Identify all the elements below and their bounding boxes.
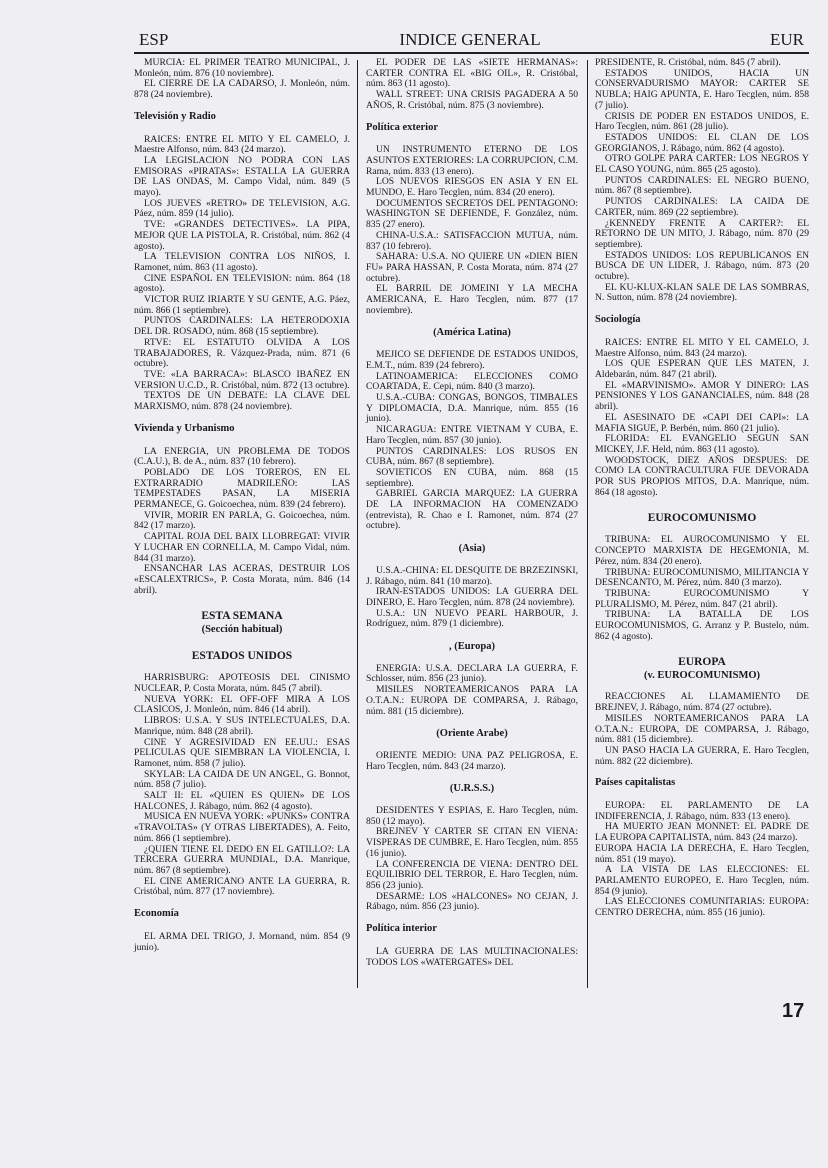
index-entry: ESTADOS UNIDOS: EL CLAN DE LOS GEORGIANO… bbox=[595, 133, 809, 154]
index-entry: EL CIERRE DE LA CADARSO, J. Monleón, núm… bbox=[134, 79, 350, 100]
major-heading: ESTA SEMANA(Sección habitual) bbox=[134, 610, 350, 636]
index-entry: LA GUERRA DE LAS MULTINACIONALES: TODOS … bbox=[366, 947, 578, 968]
index-entry: EL ARMA DEL TRIGO, J. Mornand, núm. 854 … bbox=[134, 932, 350, 953]
index-entry: NICARAGUA: ENTRE VIETNAM Y CUBA, E. Haro… bbox=[366, 425, 578, 446]
index-entry: HA MUERTO JEAN MONNET: EL PADRE DE LA EU… bbox=[595, 822, 809, 843]
page-number: 17 bbox=[782, 1000, 804, 1023]
major-heading-subtitle: (v. EUROCOMUNISMO) bbox=[595, 669, 809, 682]
index-entry: ENSANCHAR LAS ACERAS, DESTRUIR LOS «ESCA… bbox=[134, 564, 350, 596]
index-entry: LA TELEVISION CONTRA LOS NIÑOS, I. Ramon… bbox=[134, 252, 350, 273]
index-entry: BREJNEV Y CARTER SE CITAN EN VIENA: VISP… bbox=[366, 827, 578, 859]
index-column-3: PRESIDENTE, R. Cristóbal, núm. 845 (7 ab… bbox=[595, 58, 809, 919]
index-entry: MISILES NORTEAMERICANOS PARA LA O.T.A.N.… bbox=[366, 685, 578, 717]
major-heading: ESTADOS UNIDOS bbox=[134, 650, 350, 663]
header-right: EUR bbox=[770, 30, 804, 50]
column-divider bbox=[357, 60, 358, 988]
index-entry: MUSICA EN NUEVA YORK: «PUNKS» CONTRA «TR… bbox=[134, 812, 350, 844]
index-entry: CAPITAL ROJA DEL BAIX LLOBREGAT: VIVIR Y… bbox=[134, 532, 350, 564]
entry-list: PRESIDENTE, R. Cristóbal, núm. 845 (7 ab… bbox=[595, 58, 809, 304]
index-entry: EL BARRIL DE JOMEINI Y LA MECHA AMERICAN… bbox=[366, 284, 578, 316]
header-left: ESP bbox=[139, 30, 168, 50]
major-heading-title: ESTA SEMANA bbox=[201, 610, 282, 622]
index-entry: EL CINE AMERICANO ANTE LA GUERRA, R. Cri… bbox=[134, 877, 350, 898]
index-entry: LOS NUEVOS RIESGOS EN ASIA Y EN EL MUNDO… bbox=[366, 177, 578, 198]
index-entry: CRISIS DE PODER EN ESTADOS UNIDOS, E. Ha… bbox=[595, 112, 809, 133]
section-heading: Política exterior bbox=[366, 123, 578, 134]
entry-list: HARRISBURG: APOTEOSIS DEL CINISMO NUCLEA… bbox=[134, 673, 350, 898]
index-entry: U.S.A.: UN NUEVO PEARL HARBOUR, J. Rodrí… bbox=[366, 609, 578, 630]
index-entry: EUROPA: EL PARLAMENTO DE LA INDIFERENCIA… bbox=[595, 801, 809, 822]
index-entry: GABRIEL GARCIA MARQUEZ: LA GUERRA DE LA … bbox=[366, 489, 578, 532]
major-heading-title: ESTADOS UNIDOS bbox=[192, 650, 292, 662]
index-entry: SKYLAB: LA CAIDA DE UN ANGEL, G. Bonnot,… bbox=[134, 770, 350, 791]
index-column-2: EL PODER DE LAS «SIETE HERMANAS»: CARTER… bbox=[366, 58, 578, 968]
entry-list: RAICES: ENTRE EL MITO Y EL CAMELO, J. Ma… bbox=[595, 338, 809, 499]
index-entry: NUEVA YORK: EL OFF-OFF MIRA A LOS CLASIC… bbox=[134, 695, 350, 716]
index-entry: U.S.A.-CUBA: CONGAS, BONGOS, TIMBALES Y … bbox=[366, 393, 578, 425]
index-entry: PUNTOS CARDINALES: LOS RUSOS EN CUBA, nú… bbox=[366, 447, 578, 468]
index-entry: ¿QUIEN TIENE EL DEDO EN EL GATILLO?: LA … bbox=[134, 845, 350, 877]
index-entry: LA LEGISLACION NO PODRA CON LAS EMISORAS… bbox=[134, 156, 350, 199]
index-entry: CINE Y AGRESIVIDAD EN EE.UU.: ESAS PELIC… bbox=[134, 738, 350, 770]
index-entry: TVE: «GRANDES DETECTIVES». LA PIPA, MEJO… bbox=[134, 220, 350, 252]
entry-list: EL ARMA DEL TRIGO, J. Mornand, núm. 854 … bbox=[134, 932, 350, 953]
index-entry: POBLADO DE LOS TOREROS, EN EL EXTRARRADI… bbox=[134, 468, 350, 511]
index-entry: DESIDENTES Y ESPIAS, E. Haro Tecglen, nú… bbox=[366, 806, 578, 827]
index-entry: PUNTOS CARDINALES: EL NEGRO BUENO, núm. … bbox=[595, 176, 809, 197]
entry-list: EL PODER DE LAS «SIETE HERMANAS»: CARTER… bbox=[366, 58, 578, 112]
index-entry: EL «MARVINISMO». AMOR Y DINERO: LAS PENS… bbox=[595, 381, 809, 413]
index-entry: WOODSTOCK, DIEZ AÑOS DESPUES: DE COMO LA… bbox=[595, 456, 809, 499]
subsection-heading: (Asia) bbox=[366, 544, 578, 555]
index-entry: A LA VISTA DE LAS ELECCIONES: EL PARLAME… bbox=[595, 865, 809, 897]
index-entry: REACCIONES AL LLAMAMIENTO DE BREJNEV, J.… bbox=[595, 692, 809, 713]
index-entry: LA CONFERENCIA DE VIENA: DENTRO DEL EQUI… bbox=[366, 860, 578, 892]
index-entry: VICTOR RUIZ IRIARTE Y SU GENTE, A.G. Páe… bbox=[134, 295, 350, 316]
index-entry: TRIBUNA: EUROCOMUNISMO Y PLURALISMO, M. … bbox=[595, 589, 809, 610]
page-title: INDICE GENERAL bbox=[360, 30, 580, 50]
entry-list: ORIENTE MEDIO: UNA PAZ PELIGROSA, E. Har… bbox=[366, 751, 578, 772]
section-heading: Economía bbox=[134, 909, 350, 920]
index-entry: LOS QUE ESPERAN QUE LES MATEN, J. Aldeba… bbox=[595, 359, 809, 380]
subsection-heading: (U.R.S.S.) bbox=[366, 784, 578, 795]
index-entry: TRIBUNA: LA BATALLA DE LOS EUROCOMUNISMO… bbox=[595, 610, 809, 642]
entry-list: UN INSTRUMENTO ETERNO DE LOS ASUNTOS EXT… bbox=[366, 145, 578, 316]
index-entry: MEJICO SE DEFIENDE DE ESTADOS UNIDOS, E.… bbox=[366, 350, 578, 371]
subsection-heading: (Oriente Arabe) bbox=[366, 729, 578, 740]
entry-list: U.S.A.-CHINA: EL DESQUITE DE BRZEZINSKI,… bbox=[366, 566, 578, 630]
index-entry: DOCUMENTOS SECRETOS DEL PENTAGONO: WASHI… bbox=[366, 199, 578, 231]
index-entry: LIBROS: U.S.A. Y SUS INTELECTUALES, D.A.… bbox=[134, 716, 350, 737]
index-entry: TEXTOS DE UN DEBATE: LA CLAVE DEL MARXIS… bbox=[134, 391, 350, 412]
index-entry: RTVE: EL ESTATUTO OLVIDA A LOS TRABAJADO… bbox=[134, 338, 350, 370]
index-entry: LOS JUEVES «RETRO» DE TELEVISION, A.G. P… bbox=[134, 199, 350, 220]
index-entry: MISILES NORTEAMERICANOS PARA LA O.T.A.N.… bbox=[595, 714, 809, 746]
index-entry: ESTADOS UNIDOS, HACIA UN CONSERVADURISMO… bbox=[595, 69, 809, 112]
index-entry: FLORIDA: EL EVANGELIO SEGUN SAN MICKEY, … bbox=[595, 434, 809, 455]
index-entry: SAHARA: U.S.A. NO QUIERE UN «DIEN BIEN F… bbox=[366, 252, 578, 284]
major-heading: EUROPA(v. EUROCOMUNISMO) bbox=[595, 656, 809, 682]
section-heading: Sociología bbox=[595, 315, 809, 326]
index-column-1: MURCIA: EL PRIMER TEATRO MUNICIPAL, J. M… bbox=[134, 58, 350, 953]
index-entry: WALL STREET: UNA CRISIS PAGADERA A 50 AÑ… bbox=[366, 90, 578, 111]
subsection-heading: (América Latina) bbox=[366, 328, 578, 339]
index-entry: OTRO GOLPE PARA CARTER: LOS NEGROS Y EL … bbox=[595, 154, 809, 175]
section-heading: Televisión y Radio bbox=[134, 112, 350, 123]
entry-list: EUROPA: EL PARLAMENTO DE LA INDIFERENCIA… bbox=[595, 801, 809, 919]
index-entry: LATINOAMERICA: ELECCIONES COMO COARTADA,… bbox=[366, 372, 578, 393]
index-entry: EL PODER DE LAS «SIETE HERMANAS»: CARTER… bbox=[366, 58, 578, 90]
section-heading: Vivienda y Urbanismo bbox=[134, 424, 350, 435]
index-entry: EL KU-KLUX-KLAN SALE DE LAS SOMBRAS, N. … bbox=[595, 283, 809, 304]
section-heading: Política interior bbox=[366, 924, 578, 935]
index-entry: IRAN-ESTADOS UNIDOS: LA GUERRA DEL DINER… bbox=[366, 587, 578, 608]
major-heading-title: EUROCOMUNISMO bbox=[648, 512, 757, 524]
index-entry: UN INSTRUMENTO ETERNO DE LOS ASUNTOS EXT… bbox=[366, 145, 578, 177]
index-entry: EL ASESINATO DE «CAPI DEI CAPI»: LA MAFI… bbox=[595, 413, 809, 434]
index-entry: ENERGIA: U.S.A. DECLARA LA GUERRA, F. Sc… bbox=[366, 664, 578, 685]
index-entry: DESARME: LOS «HALCONES» NO CEJAN, J. Ráb… bbox=[366, 892, 578, 913]
section-heading: Países capitalistas bbox=[595, 778, 809, 789]
major-heading-title: EUROPA bbox=[678, 656, 726, 668]
index-entry: VIVIR, MORIR EN PARLA, G. Goicoechea, nú… bbox=[134, 511, 350, 532]
index-entry: ESTADOS UNIDOS: LOS REPUBLICANOS EN BUSC… bbox=[595, 251, 809, 283]
index-entry: TVE: «LA BARRACA»: BLASCO IBAÑEZ EN VERS… bbox=[134, 370, 350, 391]
index-entry: TRIBUNA: EL AUROCOMUNISMO Y EL CONCEPTO … bbox=[595, 535, 809, 567]
index-entry: TRIBUNA: EUROCOMUNISMO, MILITANCIA Y DES… bbox=[595, 568, 809, 589]
entry-list: MURCIA: EL PRIMER TEATRO MUNICIPAL, J. M… bbox=[134, 58, 350, 101]
index-entry: U.S.A.-CHINA: EL DESQUITE DE BRZEZINSKI,… bbox=[366, 566, 578, 587]
header-rule bbox=[134, 52, 809, 54]
entry-list: REACCIONES AL LLAMAMIENTO DE BREJNEV, J.… bbox=[595, 692, 809, 767]
index-entry: RAICES: ENTRE EL MITO Y EL CAMELO, J. Ma… bbox=[595, 338, 809, 359]
entry-list: TRIBUNA: EL AUROCOMUNISMO Y EL CONCEPTO … bbox=[595, 535, 809, 642]
index-entry: UN PASO HACIA LA GUERRA, E. Haro Tecglen… bbox=[595, 746, 809, 767]
index-entry: CHINA-U.S.A.: SATISFACCION MUTUA, núm. 8… bbox=[366, 231, 578, 252]
index-entry: ¿KENNEDY FRENTE A CARTER?: EL RETORNO DE… bbox=[595, 219, 809, 251]
index-entry: PUNTOS CARDINALES: LA CAIDA DE CARTER, n… bbox=[595, 197, 809, 218]
index-entry: SALT II: EL «QUIEN ES QUIEN» DE LOS HALC… bbox=[134, 791, 350, 812]
entry-list: RAICES: ENTRE EL MITO Y EL CAMELO, J. Ma… bbox=[134, 135, 350, 413]
subsection-heading: , (Europa) bbox=[366, 642, 578, 653]
major-heading-subtitle: (Sección habitual) bbox=[134, 623, 350, 636]
entry-list: LA ENERGIA, UN PROBLEMA DE TODOS (C.A.U.… bbox=[134, 447, 350, 597]
index-entry: MURCIA: EL PRIMER TEATRO MUNICIPAL, J. M… bbox=[134, 58, 350, 79]
major-heading: EUROCOMUNISMO bbox=[595, 512, 809, 525]
entry-list: DESIDENTES Y ESPIAS, E. Haro Tecglen, nú… bbox=[366, 806, 578, 913]
index-entry: PUNTOS CARDINALES: LA HETERODOXIA DEL DR… bbox=[134, 316, 350, 337]
index-entry: CINE ESPAÑOL EN TELEVISION: núm. 864 (18… bbox=[134, 274, 350, 295]
column-divider bbox=[587, 60, 588, 988]
index-entry: LAS ELECCIONES COMUNITARIAS: EUROPA: CEN… bbox=[595, 897, 809, 918]
index-entry: HARRISBURG: APOTEOSIS DEL CINISMO NUCLEA… bbox=[134, 673, 350, 694]
index-entry: SOVIETICOS EN CUBA, núm. 868 (15 septiem… bbox=[366, 468, 578, 489]
index-entry: EUROPA HACIA LA DERECHA, E. Haro Tecglen… bbox=[595, 844, 809, 865]
index-page: ESP INDICE GENERAL EUR MURCIA: EL PRIMER… bbox=[0, 0, 828, 1168]
entry-list: MEJICO SE DEFIENDE DE ESTADOS UNIDOS, E.… bbox=[366, 350, 578, 532]
index-entry: LA ENERGIA, UN PROBLEMA DE TODOS (C.A.U.… bbox=[134, 447, 350, 468]
index-entry: RAICES: ENTRE EL MITO Y EL CAMELO, J. Ma… bbox=[134, 135, 350, 156]
entry-list: LA GUERRA DE LAS MULTINACIONALES: TODOS … bbox=[366, 947, 578, 968]
index-entry: ORIENTE MEDIO: UNA PAZ PELIGROSA, E. Har… bbox=[366, 751, 578, 772]
entry-list: ENERGIA: U.S.A. DECLARA LA GUERRA, F. Sc… bbox=[366, 664, 578, 718]
